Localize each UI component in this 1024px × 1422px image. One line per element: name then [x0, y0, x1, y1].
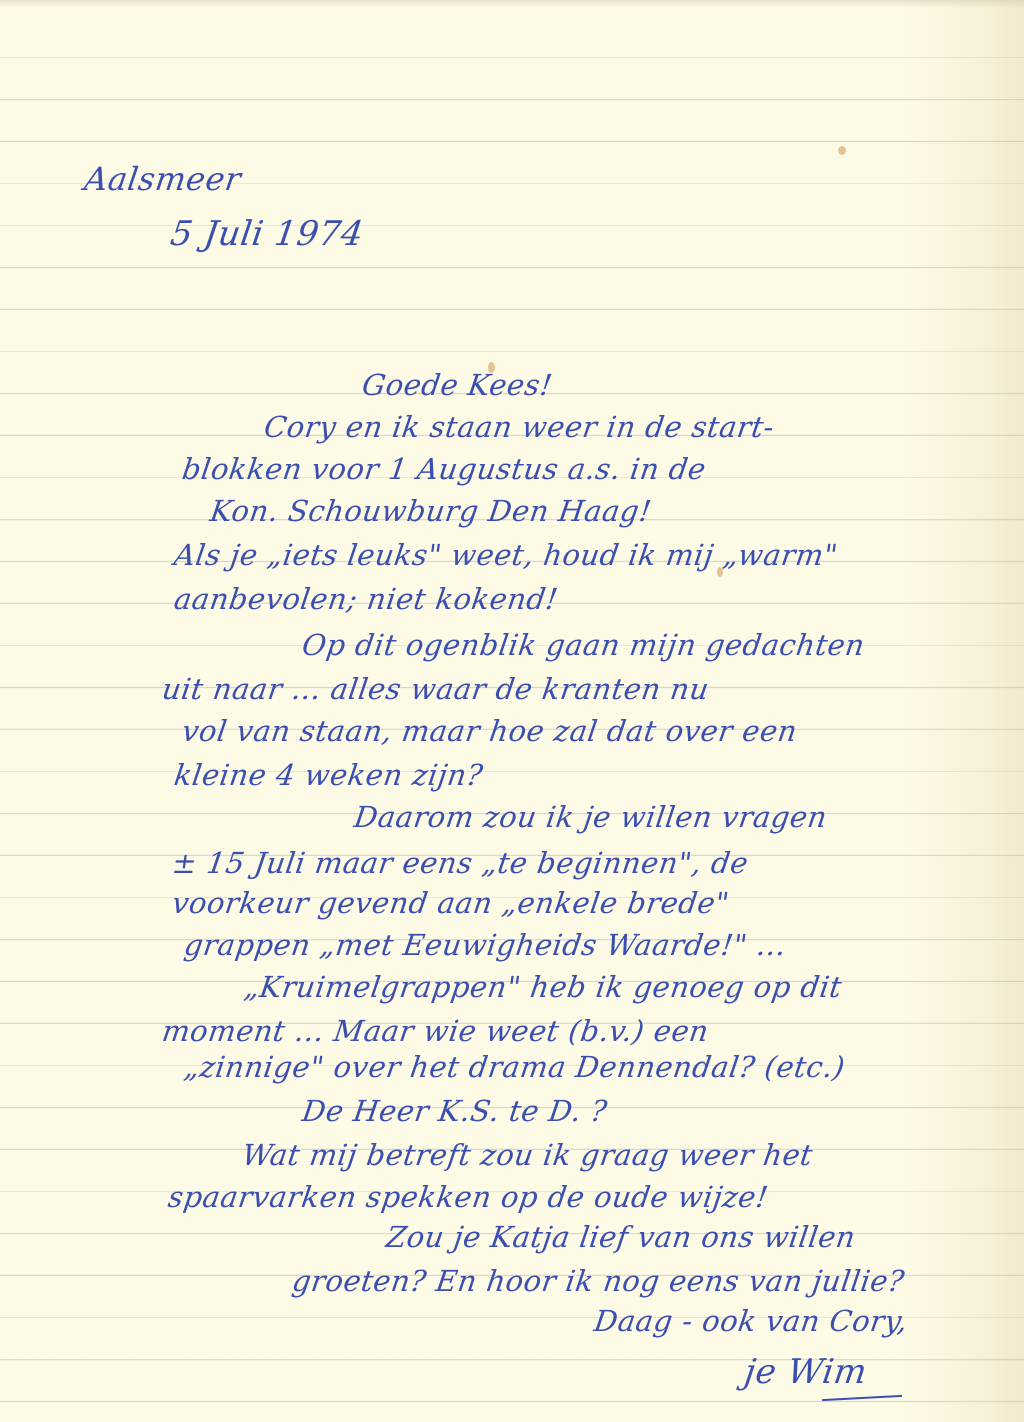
letter-body-line: Zou je Katja lief van ons willen: [384, 1220, 858, 1254]
letter-body-line: Cory en ik staan weer in de start-: [262, 410, 777, 444]
letter-body-line: De Heer K.S. te D. ?: [300, 1094, 609, 1128]
letter-page: Aalsmeer 5 Juli 1974 Goede Kees! Cory en…: [0, 0, 1024, 1422]
letter-body-line: „Kruimelgrappen" heb ik genoeg op dit: [242, 970, 844, 1004]
letter-date: 5 Juli 1974: [168, 214, 366, 254]
letter-signature: je Wim: [742, 1352, 870, 1392]
signature-underline: [822, 1395, 902, 1401]
letter-place: Aalsmeer: [82, 160, 244, 198]
letter-body-line: blokken voor 1 Augustus a.s. in de: [180, 452, 708, 486]
letter-body-line: Kon. Schouwburg Den Haag!: [208, 494, 654, 528]
letter-salutation: Goede Kees!: [360, 368, 555, 402]
letter-body-line: Daarom zou ik je willen vragen: [352, 800, 829, 834]
letter-body-line: vol van staan, maar hoe zal dat over een: [180, 714, 799, 748]
letter-body-line: „zinnige" over het drama Dennendal? (etc…: [182, 1050, 847, 1084]
letter-body-line: spaarvarken spekken op de oude wijze!: [166, 1180, 771, 1214]
letter-body-line: kleine 4 weken zijn?: [172, 758, 485, 792]
letter-body-line: moment ... Maar wie weet (b.v.) een: [160, 1014, 711, 1048]
letter-body-line: groeten? En hoor ik nog eens van jullie?: [290, 1264, 907, 1298]
letter-body-line: grappen „met Eeuwigheids Waarde!" ...: [182, 928, 789, 962]
letter-body-line: Wat mij betreft zou ik graag weer het: [240, 1138, 815, 1172]
letter-closing: Daag - ook van Cory,: [592, 1304, 910, 1338]
letter-body-line: Als je „iets leuks" weet, houd ik mij „w…: [172, 538, 840, 572]
letter-body-line: aanbevolen; niet kokend!: [172, 582, 560, 616]
paper-stain: [838, 146, 846, 155]
letter-body-line: voorkeur gevend aan „enkele brede": [170, 886, 732, 920]
letter-body-line: ± 15 Juli maar eens „te beginnen", de: [170, 846, 751, 880]
letter-body-line: Op dit ogenblik gaan mijn gedachten: [300, 628, 867, 662]
letter-body-line: uit naar ... alles waar de kranten nu: [160, 672, 711, 706]
